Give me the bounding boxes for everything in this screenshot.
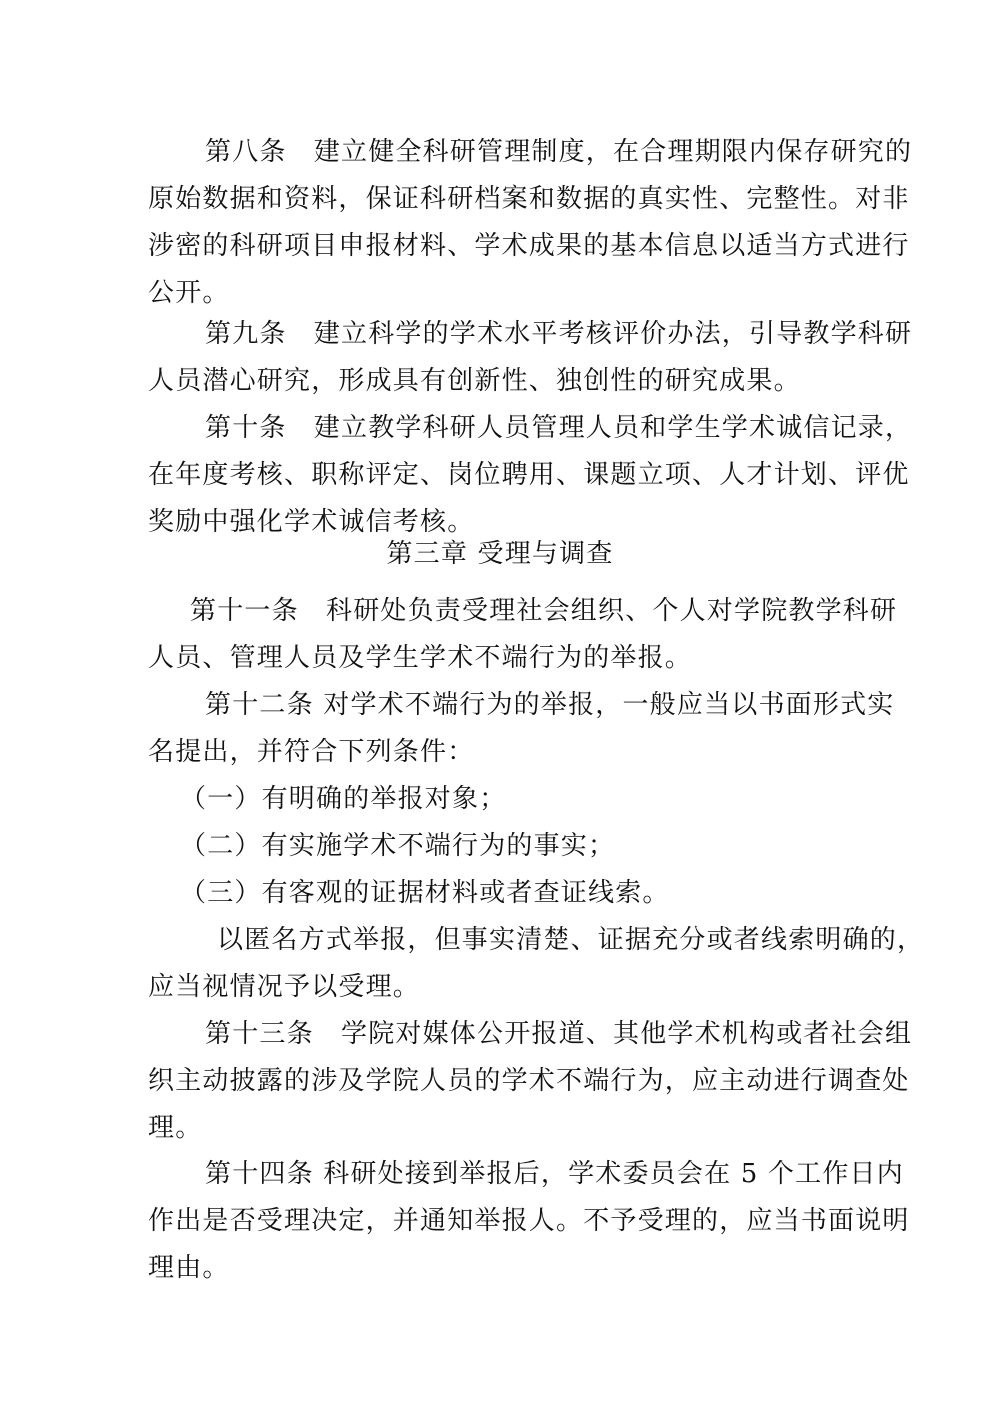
article-10-line-1: 第十条 建立教学科研人员管理人员和学生学术诚信记录， bbox=[205, 411, 848, 445]
condition-item-3: （三）有客观的证据材料或者查证线索。 bbox=[180, 876, 640, 910]
article-13-line-2: 织主动披露的涉及学院人员的学术不端行为，应主动进行调查处 bbox=[148, 1064, 848, 1098]
article-13-line-3: 理。 bbox=[148, 1111, 228, 1145]
article-11-line-2: 人员、管理人员及学生学术不端行为的举报。 bbox=[148, 641, 668, 675]
condition-item-1: （一）有明确的举报对象； bbox=[180, 782, 480, 816]
article-9-line-2: 人员潜心研究，形成具有创新性、独创性的研究成果。 bbox=[148, 364, 768, 398]
article-8-line-1: 第八条 建立健全科研管理制度，在合理期限内保存研究的 bbox=[205, 135, 848, 169]
article-10-line-3: 奖励中强化学术诚信考核。 bbox=[148, 505, 478, 539]
article-8-line-3: 涉密的科研项目申报材料、学术成果的基本信息以适当方式进行 bbox=[148, 229, 848, 263]
article-14-line-3: 理由。 bbox=[148, 1251, 248, 1285]
chapter-title: 第三章 受理与调查 bbox=[0, 537, 1000, 571]
article-8-line-4: 公开。 bbox=[148, 276, 248, 310]
article-11-line-1: 第十一条 科研处负责受理社会组织、个人对学院教学科研 bbox=[190, 594, 848, 628]
article-12-line-2: 名提出，并符合下列条件： bbox=[148, 735, 478, 769]
article-14-line-1: 第十四条 科研处接到举报后，学术委员会在 5 个工作日内 bbox=[205, 1157, 848, 1191]
condition-item-2: （二）有实施学术不端行为的事实； bbox=[180, 829, 580, 863]
article-9-line-1: 第九条 建立科学的学术水平考核评价办法，引导教学科研 bbox=[205, 317, 848, 351]
anonymous-report-line-1: 以匿名方式举报，但事实清楚、证据充分或者线索明确的， bbox=[217, 923, 848, 957]
anonymous-report-line-2: 应当视情况予以受理。 bbox=[148, 970, 428, 1004]
article-14-line-2: 作出是否受理决定，并通知举报人。不予受理的，应当书面说明 bbox=[148, 1204, 848, 1238]
article-12-line-1: 第十二条 对学术不端行为的举报，一般应当以书面形式实 bbox=[205, 688, 848, 722]
article-10-line-2: 在年度考核、职称评定、岗位聘用、课题立项、人才计划、评优 bbox=[148, 458, 848, 492]
article-8-line-2: 原始数据和资料，保证科研档案和数据的真实性、完整性。对非 bbox=[148, 182, 848, 216]
article-13-line-1: 第十三条 学院对媒体公开报道、其他学术机构或者社会组 bbox=[205, 1017, 848, 1051]
document-page: 第八条 建立健全科研管理制度，在合理期限内保存研究的 原始数据和资料，保证科研档… bbox=[0, 0, 1000, 1414]
